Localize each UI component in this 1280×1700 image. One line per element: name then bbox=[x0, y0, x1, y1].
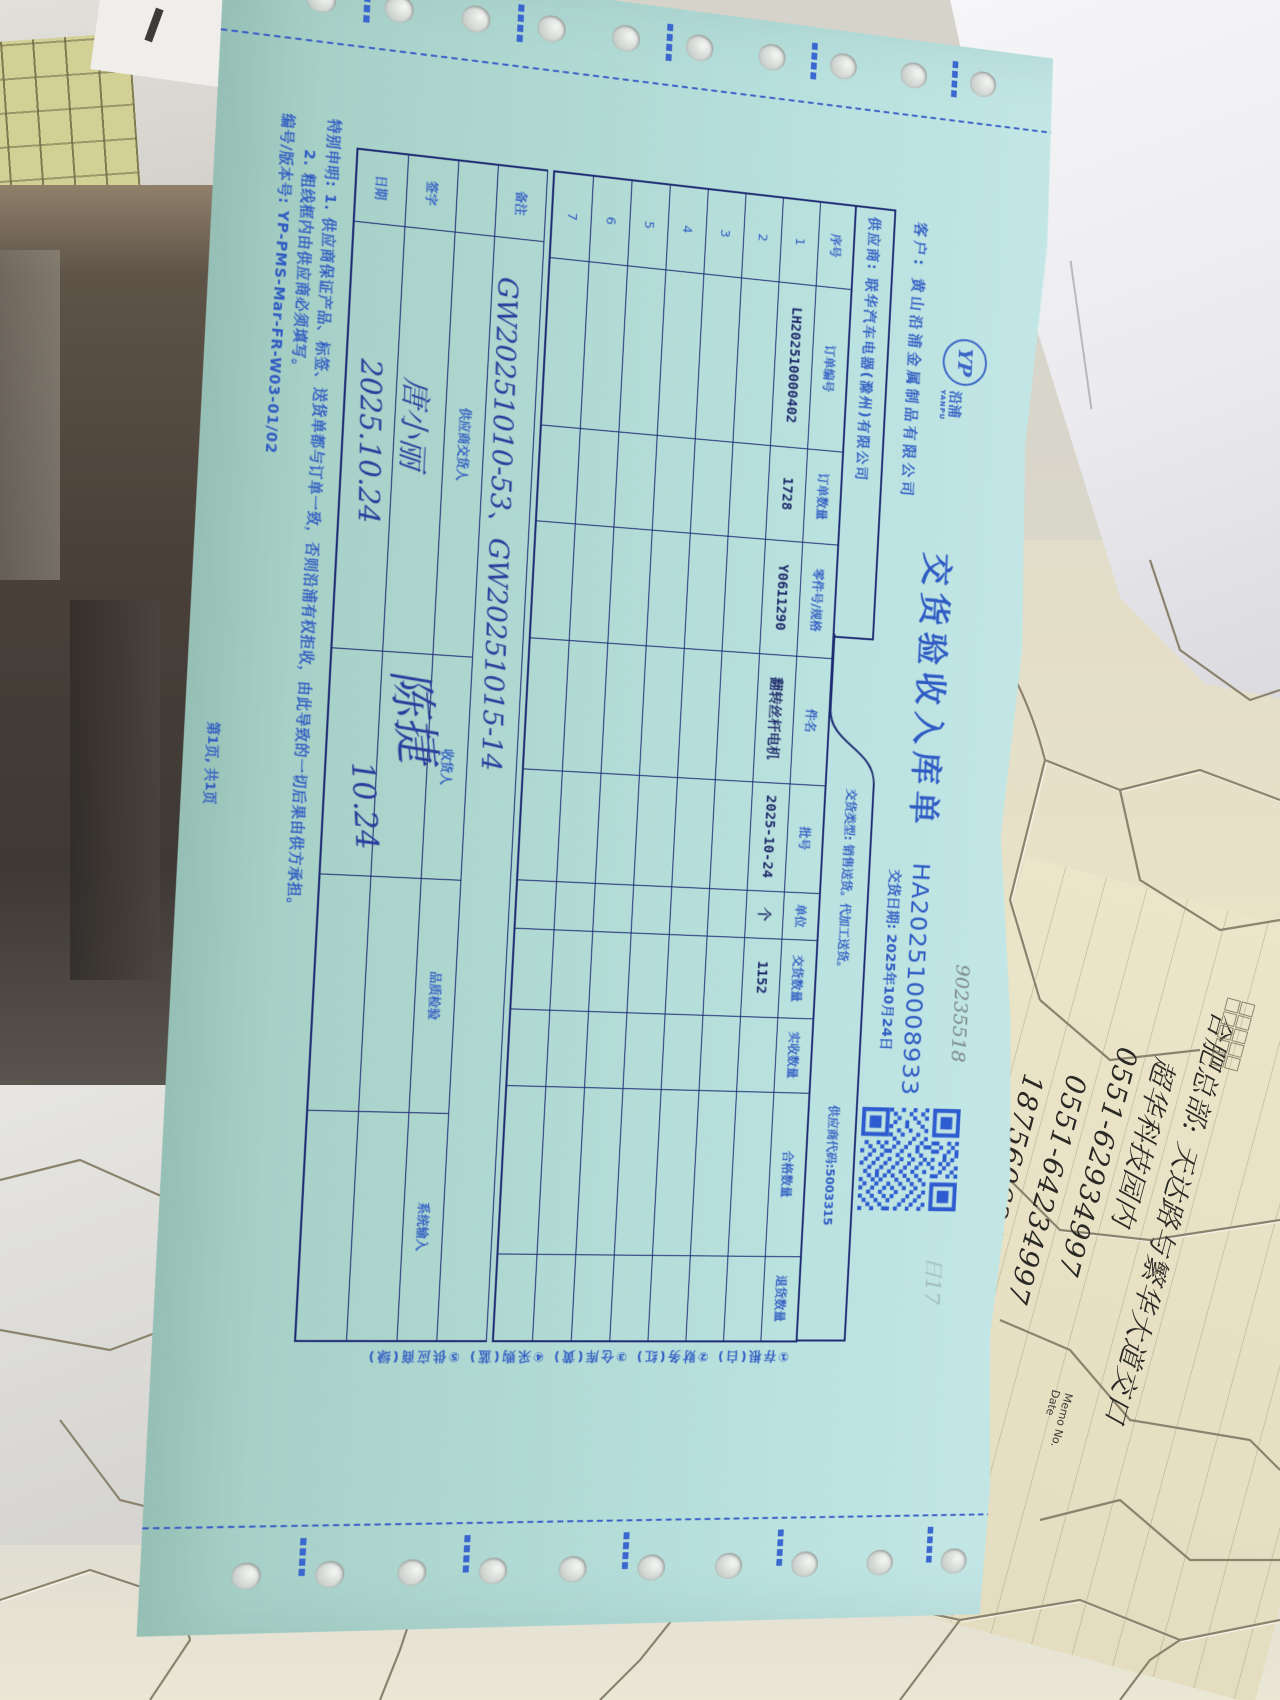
cell-order-qty bbox=[575, 428, 619, 527]
cell-unit bbox=[707, 888, 747, 937]
cell-delivered-qty: 1152 bbox=[741, 937, 782, 1017]
receiver-signature: 陈捷 bbox=[379, 666, 455, 765]
cell-unit bbox=[554, 881, 595, 931]
cell-received-qty bbox=[661, 1014, 703, 1090]
cell-received-qty bbox=[699, 1015, 741, 1091]
cell-returned-qty bbox=[571, 1254, 614, 1341]
cell-part-name bbox=[715, 651, 759, 782]
cell-part-name: 翻转丝杆电机 bbox=[753, 653, 797, 783]
supplier-code-value: 5003315 bbox=[821, 1168, 837, 1225]
header-batch: 批号 bbox=[784, 783, 825, 893]
cell-part-no bbox=[646, 530, 690, 648]
delivery-type-label: 交货类型: bbox=[842, 788, 858, 840]
cell-part-name bbox=[678, 648, 723, 779]
receiver-sign-date: 10.24 bbox=[344, 761, 385, 851]
cell-order-qty bbox=[536, 424, 580, 523]
cell-no: 5 bbox=[628, 180, 671, 269]
cell-unit bbox=[631, 885, 672, 934]
header-returned-qty: 退货数量 bbox=[761, 1256, 801, 1341]
cell-part-no bbox=[722, 536, 765, 653]
cell-returned-qty bbox=[493, 1253, 537, 1341]
header-order-qty: 订单数量 bbox=[803, 448, 843, 544]
header-unit: 单位 bbox=[782, 891, 820, 940]
cell-batch bbox=[517, 768, 562, 881]
header-received-qty: 实收数量 bbox=[774, 1017, 814, 1093]
header-part-no: 零件号/规格 bbox=[797, 542, 838, 658]
cell-delivered-qty bbox=[665, 934, 707, 1015]
cell-received-qty bbox=[546, 1010, 589, 1087]
cell-order-qty bbox=[728, 442, 770, 539]
cell-batch bbox=[710, 779, 753, 890]
cell-no: 6 bbox=[589, 176, 632, 266]
cell-order-qty bbox=[652, 435, 695, 533]
page-indicator: 第1页, 共1页 bbox=[201, 721, 226, 805]
supplier-sign-date: 2025.10.24 bbox=[351, 358, 388, 525]
cell-part-name bbox=[639, 645, 684, 777]
items-table: 序号 订单编号 订单数量 零件号/规格 件名 批号 单位 交货数量 实收数量 合… bbox=[492, 170, 857, 1342]
cell-part-no bbox=[684, 533, 728, 651]
cell-order-qty: 1728 bbox=[766, 445, 808, 542]
cell-part-no bbox=[569, 523, 614, 642]
cell-unit bbox=[593, 883, 634, 933]
cell-part-no: Y0611290 bbox=[760, 539, 803, 656]
cell-batch bbox=[634, 775, 678, 886]
supplier-code-label: 供应商代码: bbox=[824, 1105, 841, 1169]
cell-part-no bbox=[608, 527, 652, 646]
cell-no: 4 bbox=[666, 185, 708, 274]
cell-batch bbox=[557, 771, 601, 883]
cell-part-name bbox=[562, 640, 607, 773]
cell-no: 7 bbox=[550, 171, 594, 261]
cell-unit: 个 bbox=[745, 890, 785, 939]
signature-label: 签字 bbox=[405, 155, 459, 232]
cell-returned-qty bbox=[648, 1255, 690, 1341]
cell-delivered-qty bbox=[589, 931, 632, 1012]
supplier-signature: 唐小丽 bbox=[392, 375, 442, 471]
photo-scene: 合肥总部: 天达路与繁华大道交口 超华科技园内 0551-62934997 05… bbox=[0, 0, 1280, 1700]
cell-delivered-qty bbox=[510, 928, 554, 1010]
header-part-name: 件名 bbox=[790, 656, 832, 786]
cell-received-qty bbox=[623, 1012, 665, 1089]
roles-label-cell bbox=[455, 160, 498, 236]
remarks-label: 备注 bbox=[495, 165, 548, 241]
cell-order-qty bbox=[614, 431, 657, 529]
cell-received-qty bbox=[506, 1008, 550, 1086]
cell-returned-qty bbox=[686, 1255, 728, 1341]
cell-no: 3 bbox=[704, 189, 746, 277]
cell-batch bbox=[672, 777, 716, 888]
header-delivered-qty: 交货数量 bbox=[778, 939, 818, 1019]
cell-returned-qty bbox=[723, 1256, 765, 1342]
cell-returned-qty bbox=[532, 1254, 575, 1341]
cell-part-name bbox=[523, 637, 569, 770]
cell-delivered-qty bbox=[703, 936, 745, 1016]
cell-received-qty bbox=[585, 1011, 627, 1088]
cell-delivered-qty bbox=[627, 932, 669, 1013]
cell-part-no bbox=[530, 520, 576, 640]
cell-unit bbox=[669, 886, 709, 935]
cell-order-qty bbox=[690, 438, 733, 535]
cell-received-qty bbox=[737, 1016, 778, 1092]
date-label: 日期 bbox=[354, 149, 409, 226]
cell-unit bbox=[515, 879, 557, 929]
header-no: 序号 bbox=[816, 202, 856, 289]
cell-no: 1 bbox=[779, 198, 821, 286]
delivery-receipt-form: YP 沿浦 YANPU 交货验收入库单 HA202510008933 90235… bbox=[137, 0, 1069, 1637]
cell-batch bbox=[595, 773, 639, 885]
cell-part-name bbox=[601, 643, 646, 775]
cell-delivered-qty bbox=[550, 929, 593, 1011]
cell-no: 2 bbox=[742, 193, 784, 281]
copy-distribution-labels: ①存根(白) ②财务(红) ③仓库(黄) ④采购(蓝) ⑤供应商(绿) bbox=[365, 1348, 789, 1367]
cell-returned-qty bbox=[610, 1255, 653, 1342]
cell-batch: 2025-10-24 bbox=[747, 781, 790, 891]
